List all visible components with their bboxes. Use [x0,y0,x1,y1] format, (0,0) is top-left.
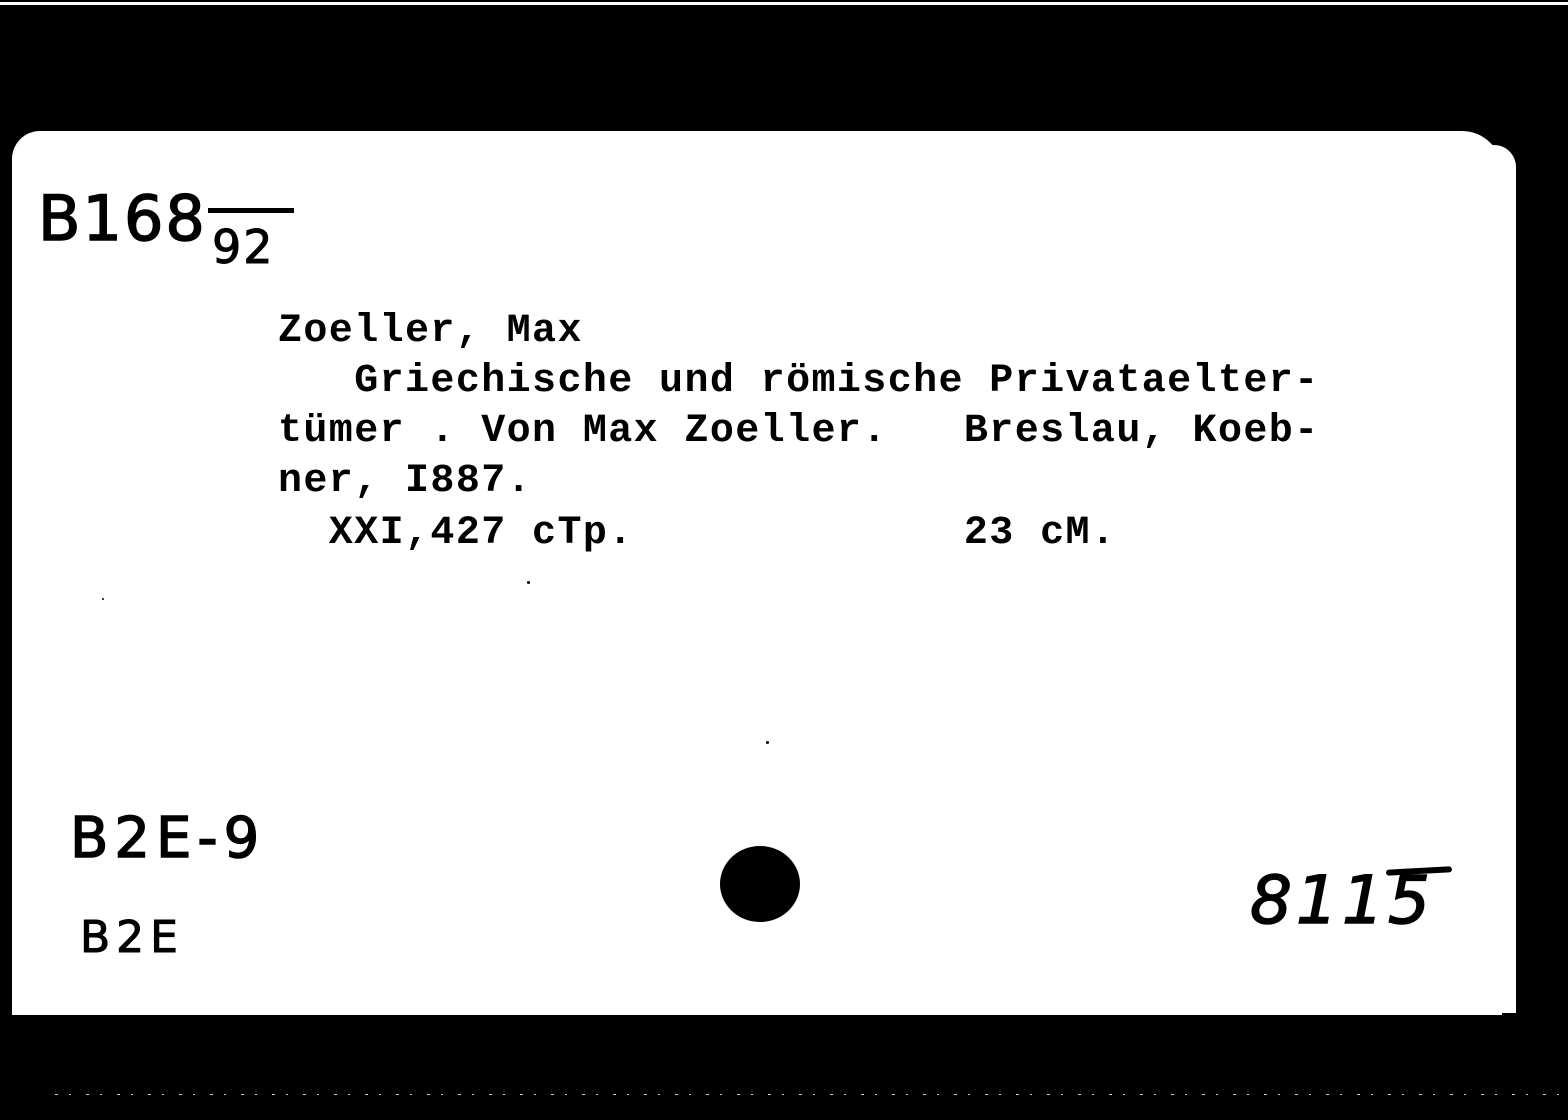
entry-heading: Zoeller, Max [278,312,583,352]
entry-imprint-line: ner, I887. [278,462,532,502]
speck [766,741,769,744]
call-number-main: B168 [38,188,207,250]
speck [102,598,104,600]
entry-title-line-2: tümer . Von Max Zoeller. Breslau, Koeb- [278,412,1320,452]
location-code-1: B2E-9 [70,806,265,871]
location-code-2: B2E [80,912,184,963]
speck [527,581,530,584]
call-number-fraction-bar [208,208,294,213]
scan-bottom-edge [55,1094,1568,1095]
scan-top-edge [0,2,1568,5]
entry-collation-line: XXI,427 cTp. 23 cM. [278,514,1116,554]
call-number-sub: 92 [212,224,275,270]
punch-hole [720,846,800,922]
entry-title-line-1: Griechische und römische Privataelter- [278,362,1320,402]
